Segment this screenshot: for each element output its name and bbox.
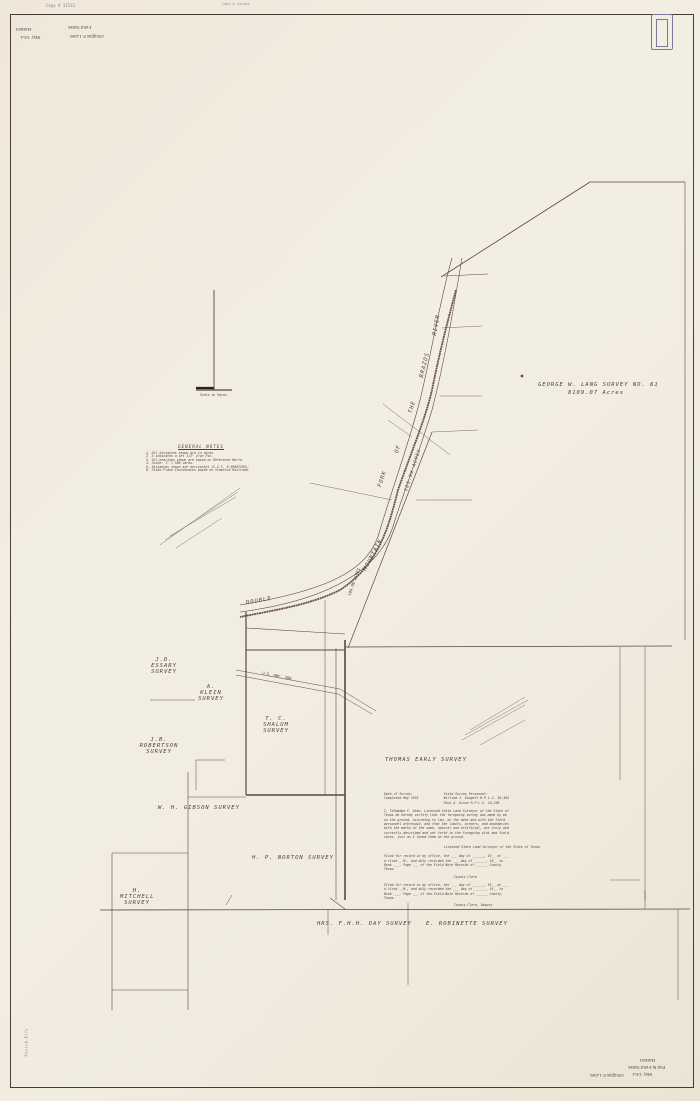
- filed-record-2: Filed for record in my office, the ___ d…: [384, 883, 509, 900]
- survey-norton: H. P. NORTON SURVEY: [252, 855, 334, 861]
- surveyor-certificate: Date of Survey: Completed May 1951 Field…: [384, 792, 509, 908]
- side-margin-note: Sketch File: [24, 1028, 28, 1057]
- county-clerk-deputy-title: County Clerk, Deputy: [454, 903, 509, 907]
- survey-mitchell: H. MITCHELL SURVEY: [120, 888, 154, 906]
- survey-gibson: W. H. GIBSON SURVEY: [158, 805, 240, 811]
- survey-early: THOMAS EARLY SURVEY: [385, 757, 467, 763]
- general-note-line: 6. State Plane Coordinates based on Stam…: [146, 469, 256, 473]
- survey-robinette: E. ROBINETTE SURVEY: [426, 921, 508, 927]
- survey-lang-name: GEORGE W. LANG SURVEY NO. 61: [538, 382, 659, 388]
- footer-note: Plat & Field Notes: [628, 1064, 665, 1069]
- survey-date-value: Completed May 1951: [384, 796, 419, 800]
- footer-note: Haskell: [640, 1057, 655, 1062]
- survey-klein: A. KLEIN SURVEY: [198, 684, 224, 702]
- footer-note: May 1951: [632, 1071, 652, 1076]
- scale-label: Scale in Varas: [200, 394, 227, 398]
- general-notes: GENERAL NOTES 1. All distances shown are…: [146, 445, 256, 473]
- surveyor-signature-title: Licensed State Land Surveyor of the Stat…: [444, 845, 509, 849]
- survey-robertson: J.B. ROBERTSON SURVEY: [136, 737, 182, 755]
- survey-lang-area: 8189.07 Acres: [568, 390, 624, 396]
- filed-record-1: Filed for record in my office, the ___ d…: [384, 854, 509, 871]
- county-clerk-title: County Clerk: [454, 875, 509, 879]
- survey-essary: J.D. ESSARY SURVEY: [146, 657, 182, 675]
- field-personnel-1: William J. Daugett R.P.L.S. 10,484: [444, 796, 509, 800]
- survey-shalum: T. C. SHALUM SURVEY: [256, 716, 296, 734]
- survey-day: HRS. F.H.H. DAY SURVEY: [317, 921, 412, 927]
- certificate-statement: I, Talmadge F. Dean, Licensed State Land…: [384, 809, 509, 839]
- field-personnel-2: Paul A. Dixon R.P.L.S. 10,358: [444, 801, 509, 805]
- general-notes-title: GENERAL NOTES: [146, 445, 256, 450]
- footer-note: Douglas P. Lines: [590, 1072, 624, 1077]
- survey-map-lines: [0, 0, 700, 1101]
